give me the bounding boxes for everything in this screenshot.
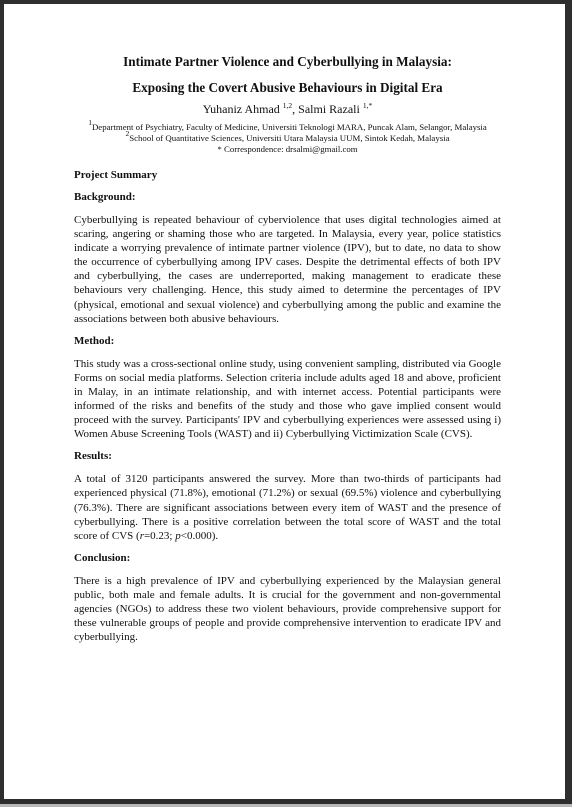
background-text: Cyberbullying is repeated behaviour of c… xyxy=(74,213,501,326)
conclusion-text: There is a high prevalence of IPV and cy… xyxy=(74,574,501,644)
affiliation-1: 1Department of Psychiatry, Faculty of Me… xyxy=(74,122,501,133)
author-name: Salmi Razali xyxy=(298,102,360,116)
conclusion-heading: Conclusion: xyxy=(74,552,501,565)
project-summary-heading: Project Summary xyxy=(74,169,501,182)
r-value: =0.23; xyxy=(144,530,175,542)
author-affiliation-mark: 1,2 xyxy=(283,101,292,110)
title-line-1: Intimate Partner Violence and Cyberbully… xyxy=(74,53,501,70)
method-heading: Method: xyxy=(74,335,501,348)
document-page: Intimate Partner Violence and Cyberbully… xyxy=(4,4,565,799)
results-heading: Results: xyxy=(74,450,501,463)
affiliation-2: 2School of Quantitative Sciences, Univer… xyxy=(74,133,501,144)
title-line-2: Exposing the Covert Abusive Behaviours i… xyxy=(74,79,501,96)
results-text: A total of 3120 participants answered th… xyxy=(74,472,501,542)
affiliations: 1Department of Psychiatry, Faculty of Me… xyxy=(74,122,501,155)
author-affiliation-mark: 1,* xyxy=(363,101,372,110)
author-list: Yuhaniz Ahmad 1,2, Salmi Razali 1,* xyxy=(74,102,501,116)
correspondence: * Correspondence: drsalmi@gmail.com xyxy=(74,144,501,155)
affiliation-text: School of Quantitative Sciences, Univers… xyxy=(129,133,449,143)
background-heading: Background: xyxy=(74,191,501,204)
method-text: This study was a cross-sectional online … xyxy=(74,357,501,442)
affiliation-text: Department of Psychiatry, Faculty of Med… xyxy=(92,122,487,132)
results-body: A total of 3120 participants answered th… xyxy=(74,473,501,541)
p-value: <0.000). xyxy=(181,530,218,542)
author-name: Yuhaniz Ahmad xyxy=(203,102,280,116)
document-content: Intimate Partner Violence and Cyberbully… xyxy=(74,53,501,653)
